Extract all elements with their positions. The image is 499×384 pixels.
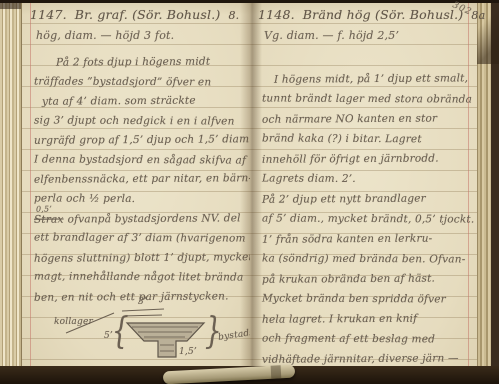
left-entry-header: 1147. Br. graf. (Sör. Bohusl.) 8. (30, 7, 248, 22)
right-text-line: Lagrets diam. 2’. (262, 172, 473, 185)
left-text-line: perla och ½ perla. (34, 192, 246, 205)
right-text-line: på krukan obrända ben af häst. (262, 272, 473, 285)
left-text-line: träffades ”bystadsjord” öfver en (34, 75, 246, 88)
strike-annotation: 0,5’ (36, 205, 52, 214)
right-entry-subtitle: Vg. diam. — f. höjd 2,5’ (264, 29, 399, 42)
right-entry-header: 1148. Bränd hög (Sör. Bohusl.) 8a (258, 7, 475, 22)
left-text-line: I denna bystadsjord en sågad skifva af (34, 153, 246, 166)
notebook-photo: 1147. Br. graf. (Sör. Bohusl.) 8. hög, d… (0, 0, 499, 384)
sketch-diagonal-label: kollager (54, 317, 93, 327)
left-text-line: ett brandlager af 3’ diam (hvarigenom (34, 231, 246, 244)
left-text-line: urgräfd grop af 1,5’ djup och 1,5’ diam. (34, 133, 246, 146)
sketch-top-width-label: 3’ (138, 297, 147, 307)
top-edge-shadow (0, 0, 499, 3)
left-text-line: elfenbenssnäcka, ett par nitar, en bärn- (34, 172, 246, 185)
right-entry-number: 1148. (258, 7, 295, 22)
left-text-line: magt, innehållande något litet brända (34, 270, 246, 283)
left-page-stack-edge (0, 0, 22, 371)
left-entry-number: 1147. (30, 7, 67, 22)
sketch-stem-label: 1,5’ (179, 347, 197, 357)
right-text-line: innehöll för öfrigt en järnbrodd. (262, 152, 473, 165)
sketch-left-brace: { (112, 311, 129, 353)
left-text-line: högens sluttning) blott 1’ djupt, mycket (34, 251, 246, 264)
right-text-line: ka (söndrig) med brända ben. Ofvan- (262, 252, 473, 265)
right-entry-title: Bränd hög (Sör. Bohusl.) (303, 7, 464, 22)
pit-cross-section-sketch: 3’ kollager 5’ { 1,5’ } bystadsjord (52, 299, 242, 365)
left-entry-subtitle: hög, diam. — höjd 3 fot. (36, 29, 174, 42)
right-text-line: bränd kaka (?) i bitar. Lagret (262, 132, 473, 145)
right-text-line: I högens midt, på 1’ djup ett smalt, (274, 72, 473, 85)
left-text-line-strike: 0,5’Straxofvanpå bystadsjordens NV. del (34, 212, 246, 225)
left-text-line: På 2 fots djup i högens midt (56, 55, 246, 68)
left-margin-mark: 8. (228, 9, 239, 22)
left-text-line: ofvanpå bystadsjordens NV. del (68, 212, 241, 225)
left-entry-title: Br. graf. (Sör. Bohusl.) (75, 7, 221, 22)
struck-word: Strax (34, 214, 64, 226)
right-text-line: 1’ från södra kanten en lerkru- (262, 232, 473, 245)
right-page: 1148. Bränd hög (Sör. Bohusl.) 8a Vg. di… (250, 3, 477, 381)
book-gutter (240, 0, 262, 372)
right-text-line: och fragment af ett beslag med (262, 332, 473, 345)
left-text-line: yta af 4’ diam. som sträckte (42, 94, 246, 107)
left-page: 1147. Br. graf. (Sör. Bohusl.) 8. hög, d… (22, 3, 250, 369)
left-margin-line (30, 3, 31, 368)
right-text-line: af 5’ diam., mycket brändt, 0,5’ tjockt. (262, 212, 473, 225)
right-text-line: Mycket brända ben spridda öfver (262, 292, 473, 305)
right-text-line: tunnt brändt lager med stora obrända (262, 92, 473, 105)
right-text-line: hela lagret. I krukan en knif (262, 312, 473, 325)
left-text-line: sig 3’ djupt och nedgick i en i alfven (34, 114, 246, 127)
right-text-line: vidhäftade järnnitar, diverse järn — (262, 352, 473, 365)
right-text-line: och närmare NO kanten en stor (262, 112, 473, 125)
right-margin-mark: 8a (471, 9, 485, 22)
right-text-line: På 2’ djup ett nytt brandlager (262, 192, 473, 205)
